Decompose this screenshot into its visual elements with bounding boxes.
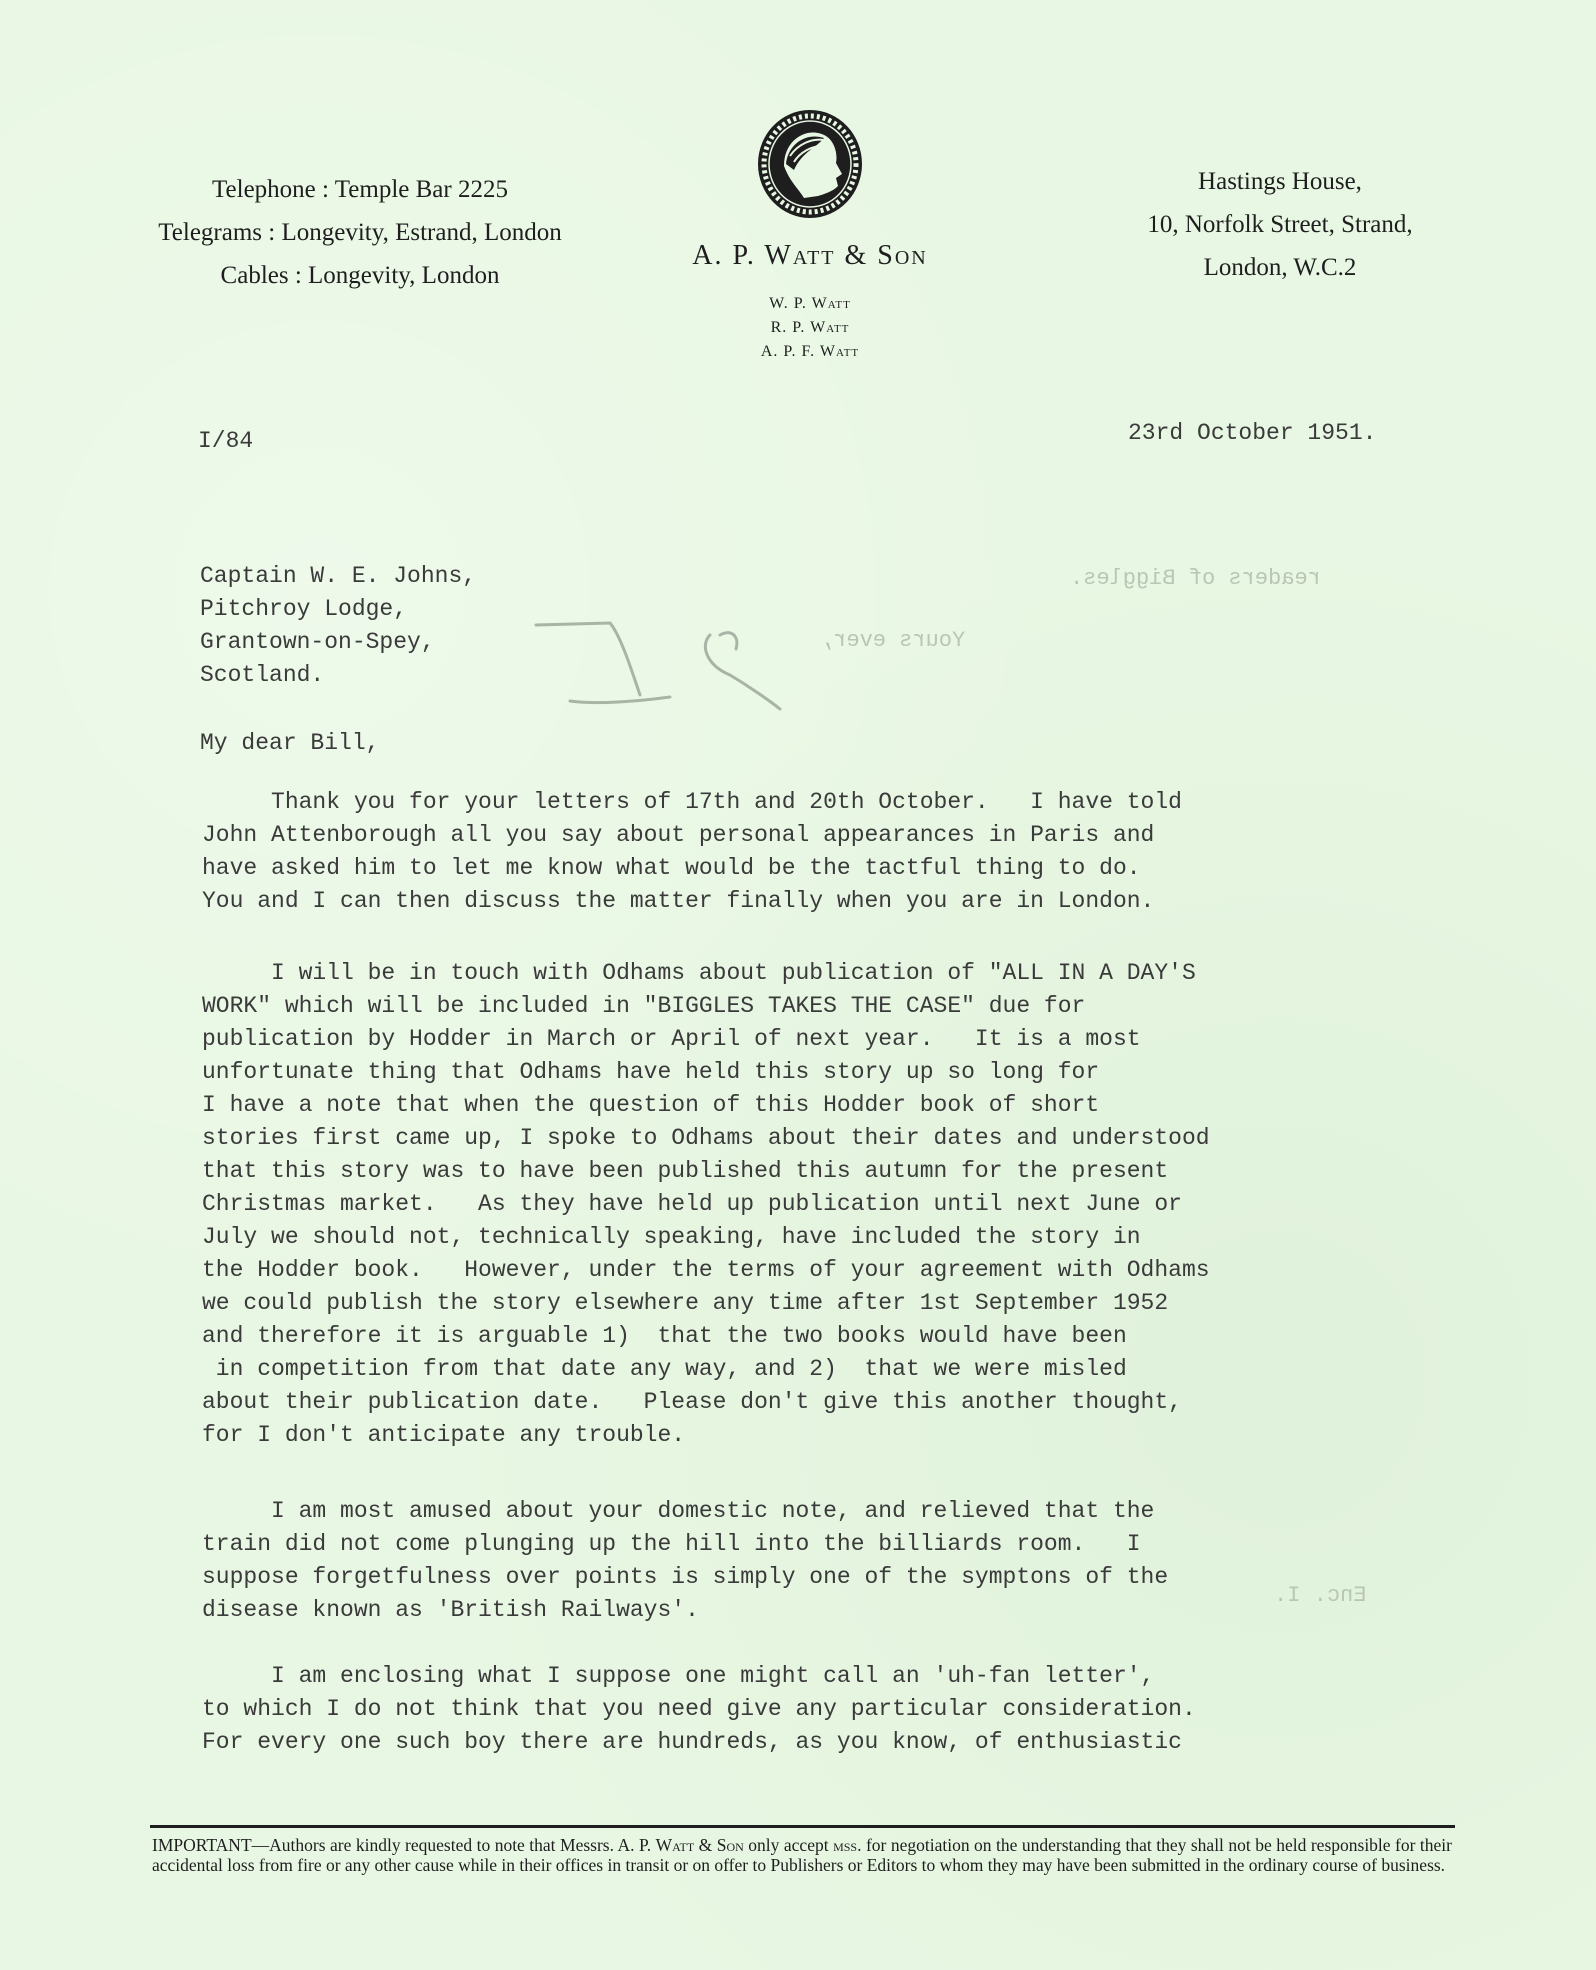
bleed-through-text: readers of Biggles. <box>1070 566 1321 591</box>
recipient-address: Captain W. E. Johns, Pitchroy Lodge, Gra… <box>200 560 476 692</box>
footer-disclaimer: IMPORTANT—Authors are kindly requested t… <box>152 1835 1452 1875</box>
footer-text: only accept <box>744 1835 833 1855</box>
address-line: 10, Norfolk Street, Strand, <box>1080 203 1480 246</box>
bleed-through-text: Yours ever, <box>820 628 965 653</box>
telephone-line: Telephone : Temple Bar 2225 <box>100 168 620 211</box>
recipient-line: Pitchroy Lodge, <box>200 593 476 626</box>
recipient-line: Captain W. E. Johns, <box>200 560 476 593</box>
letterhead-contact: Telephone : Temple Bar 2225 Telegrams : … <box>100 168 620 297</box>
partners-list: W. P. Watt R. P. Watt A. P. F. Watt <box>660 292 960 364</box>
telegrams-line: Telegrams : Longevity, Estrand, London <box>100 211 620 254</box>
recipient-line: Scotland. <box>200 659 476 692</box>
footer-mss: mss. <box>833 1835 861 1855</box>
helmeted-head-cameo-icon <box>754 108 866 220</box>
footer-firm: Watt & Son <box>656 1835 744 1855</box>
salutation: My dear Bill, <box>200 730 379 756</box>
partner-name: A. P. F. Watt <box>660 340 960 364</box>
footer-divider <box>150 1825 1455 1828</box>
signature-bleed-icon <box>530 605 790 715</box>
letterhead-address: Hastings House, 10, Norfolk Street, Stra… <box>1080 160 1480 289</box>
paragraph-3: I am most amused about your domestic not… <box>202 1495 1462 1627</box>
footer-text: —Authors are kindly requested to note th… <box>252 1835 656 1855</box>
partner-name: R. P. Watt <box>660 316 960 340</box>
address-line: Hastings House, <box>1080 160 1480 203</box>
partner-name: W. P. Watt <box>660 292 960 316</box>
paragraph-1: Thank you for your letters of 17th and 2… <box>202 786 1462 918</box>
letter-date: 23rd October 1951. <box>1128 420 1376 446</box>
reference-number: I/84 <box>198 428 253 454</box>
address-line: London, W.C.2 <box>1080 246 1480 289</box>
paragraph-2: I will be in touch with Odhams about pub… <box>202 957 1462 1452</box>
paragraph-4: I am enclosing what I suppose one might … <box>202 1660 1462 1759</box>
firm-name: A. P. Watt & Son <box>600 240 1020 272</box>
recipient-line: Grantown-on-Spey, <box>200 626 476 659</box>
cables-line: Cables : Longevity, London <box>100 254 620 297</box>
footer-lead: IMPORTANT <box>152 1835 252 1855</box>
